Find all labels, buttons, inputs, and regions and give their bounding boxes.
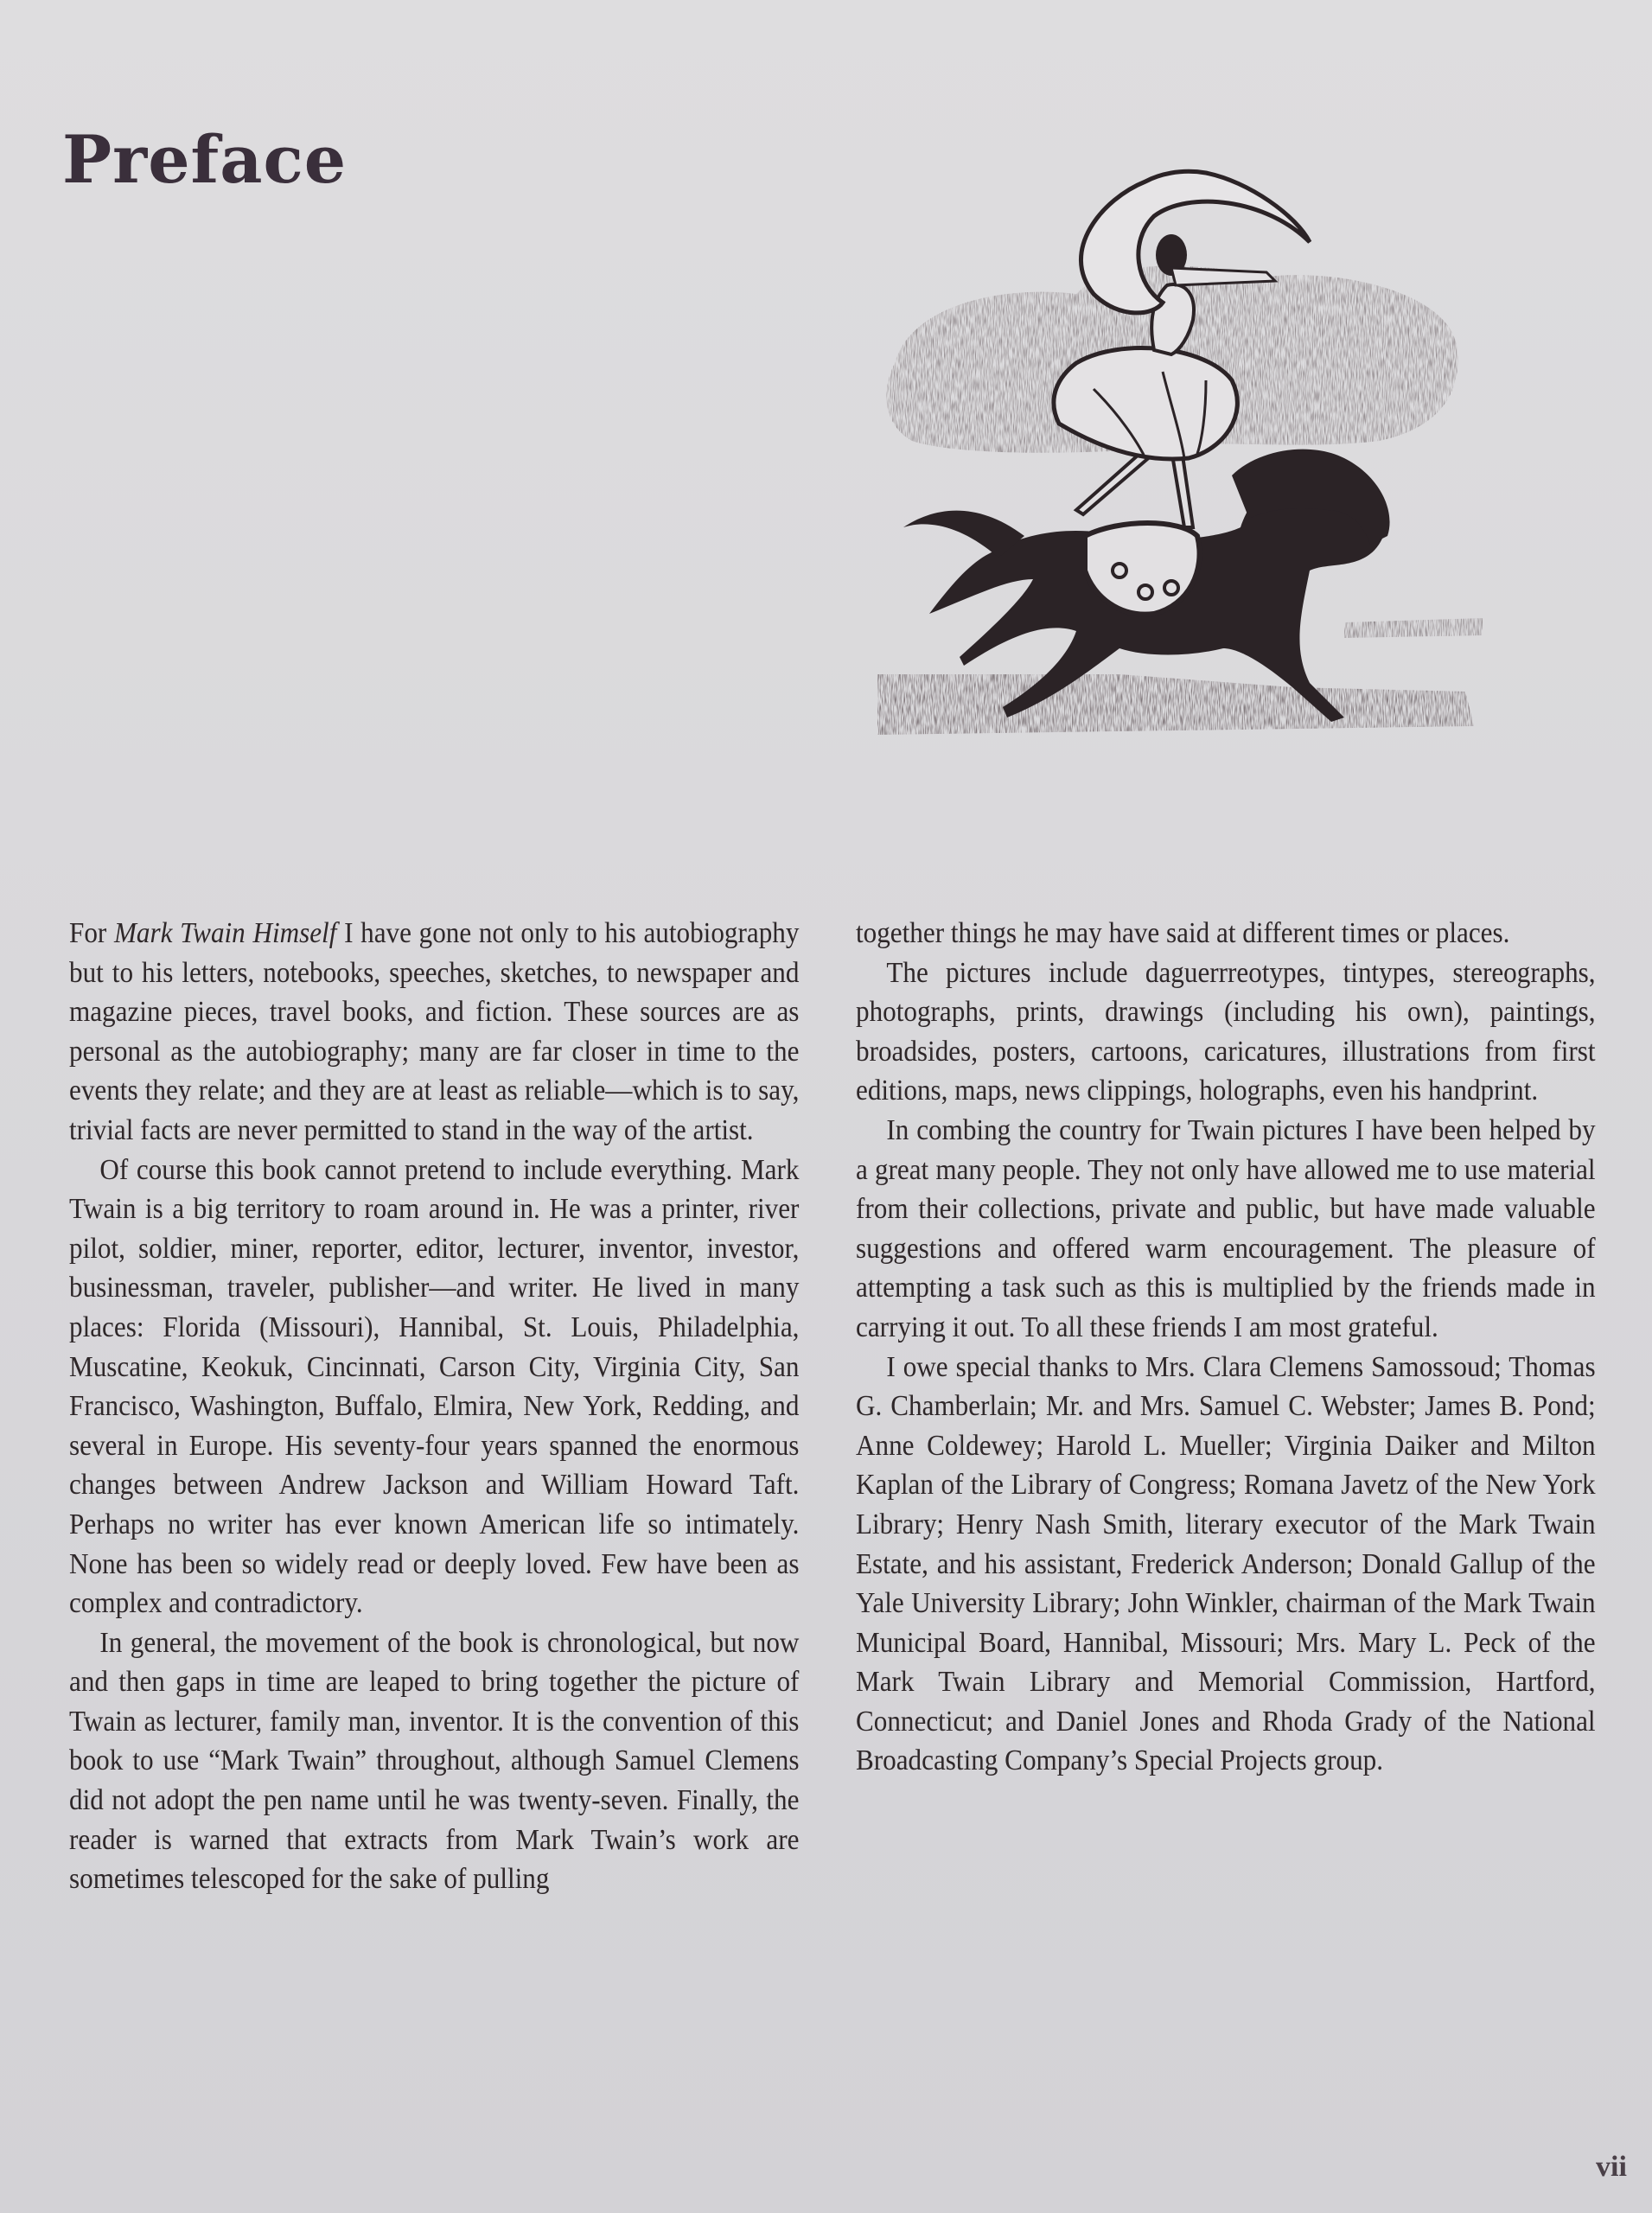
right-column: together things he may have said at diff… <box>856 914 1596 1781</box>
page-number: vii <box>1596 2151 1627 2184</box>
paragraph-continued: together things he may have said at diff… <box>856 914 1596 953</box>
equestrienne-woodcut-illustration <box>860 164 1487 752</box>
paragraph-text: For <box>69 917 114 949</box>
paragraph-text: I have gone not only to his autobiograph… <box>69 917 799 1146</box>
paragraph: Of course this book cannot pretend to in… <box>69 1151 799 1623</box>
paragraph: The pictures include daguerrreotypes, ti… <box>856 953 1596 1111</box>
paragraph-acknowledgments: I owe special thanks to Mrs. Clara Cleme… <box>856 1348 1596 1782</box>
paragraph: In combing the country for Twain picture… <box>856 1111 1596 1348</box>
left-column: For Mark Twain Himself I have gone not o… <box>69 914 799 1899</box>
paragraph: In general, the movement of the book is … <box>69 1623 799 1899</box>
paragraph: For Mark Twain Himself I have gone not o… <box>69 914 799 1151</box>
book-title: Mark Twain Himself <box>114 917 336 949</box>
page-title: Preface <box>62 121 347 198</box>
